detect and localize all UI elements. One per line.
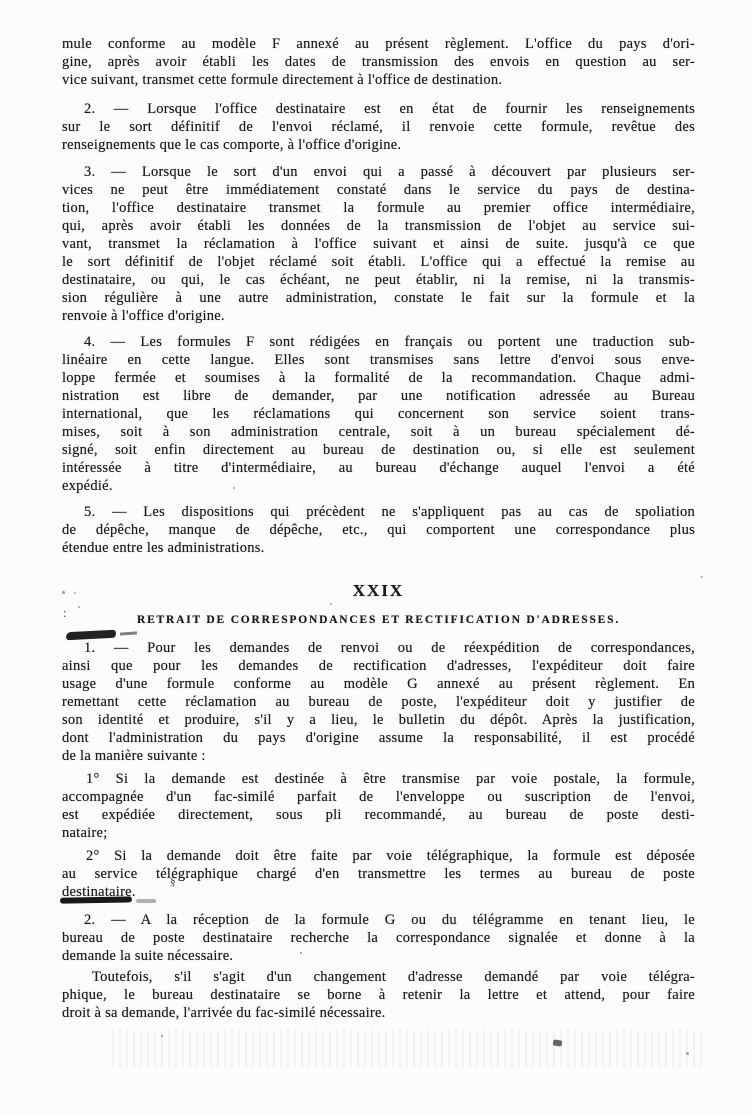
text-line: 1. — Pour les demandes de renvoi ou de r… — [62, 639, 695, 657]
text-line: nataire; — [62, 824, 695, 842]
text-line: étendue entre les administrations. — [62, 539, 695, 557]
text-line: nistration est libre de demander, par un… — [62, 387, 695, 405]
scanned-document-page: mule conforme au modèle F annexé au prés… — [0, 0, 752, 1115]
paragraph-2: 2. — Lorsque l'office destinataire est e… — [62, 100, 695, 154]
text-line: de la manière suivante : — [62, 747, 695, 765]
text-line: destinataire. — [62, 883, 695, 901]
text-column: mule conforme au modèle F annexé au prés… — [62, 35, 695, 1022]
ink-speck — [78, 606, 80, 608]
text-line: 2° Si la demande doit être faite par voi… — [62, 847, 695, 865]
margin-colon-mark: : — [63, 605, 67, 621]
text-line: vices ne peut être immédiatement constat… — [62, 181, 695, 199]
text-line: usage d'une formule conforme au modèle G… — [62, 675, 695, 693]
text-line: 2. — A la réception de la formule G ou d… — [62, 911, 695, 929]
paragraph-continuation: mule conforme au modèle F annexé au prés… — [62, 35, 695, 89]
paragraph-3: 3. — Lorsque le sort d'un envoi qui a pa… — [62, 163, 695, 325]
underline-ink-smudge — [60, 896, 132, 903]
item-1: 1° Si la demande est destinée à être tra… — [62, 770, 695, 842]
ink-speck — [300, 952, 302, 954]
chapter-number: XXIX — [62, 581, 695, 601]
text-line: 2. — Lorsque l'office destinataire est e… — [62, 100, 695, 118]
text-line: son identité et produire, s'il y a lieu,… — [62, 711, 695, 729]
text-line: 1° Si la demande est destinée à être tra… — [62, 770, 695, 788]
text-line: signé, soit enfin directement au bureau … — [62, 441, 695, 459]
text-line: droit à sa demande, l'arrivée du fac-sim… — [62, 1004, 695, 1022]
paragraph-4: 4. — Les formules F sont rédigées en fra… — [62, 333, 695, 495]
text-line: expédié. — [62, 477, 695, 495]
text-line: international, que les réclamations qui … — [62, 405, 695, 423]
text-line: Toutefois, s'il s'agit d'un changement d… — [62, 968, 695, 986]
text-line: intéressée à titre d'intermédiaire, au b… — [62, 459, 695, 477]
paragraph-toutefois: Toutefois, s'il s'agit d'un changement d… — [62, 968, 695, 1022]
text-line: renvoie à l'office d'origine. — [62, 307, 695, 325]
stray-paragraph-mark: § — [170, 877, 176, 888]
text-line: de dépêche, manque de dépêche, etc., qui… — [62, 521, 695, 539]
text-line: gine, après avoir établi les dates de tr… — [62, 53, 695, 71]
text-line: bureau de poste destinataire recherche l… — [62, 929, 695, 947]
text-line: 3. — Lorsque le sort d'un envoi qui a pa… — [62, 163, 695, 181]
text-line: sur le sort définitif de l'envoi réclamé… — [62, 118, 695, 136]
underline-ink-smudge-tail — [136, 899, 156, 903]
text-line: renseignements que le cas comporte, à l'… — [62, 136, 695, 154]
ink-speck — [233, 487, 235, 489]
text-line: dont l'administration du pays d'origine … — [62, 729, 695, 747]
ink-speck — [700, 576, 703, 578]
text-line: est expédiée directement, sous pli recom… — [62, 806, 695, 824]
scan-stripe-band — [112, 1030, 704, 1068]
chapter-title: RETRAIT DE CORRESPONDANCES ET RECTIFICAT… — [62, 613, 695, 627]
text-line: sion régulière à une autre administratio… — [62, 289, 695, 307]
text-line: linéaire en cette langue. Elles sont tra… — [62, 351, 695, 369]
text-line: qui, après avoir établi les données de l… — [62, 217, 695, 235]
text-line: mule conforme au modèle F annexé au prés… — [62, 35, 695, 53]
text-line: loppe fermée et soumises à la formalité … — [62, 369, 695, 387]
section-2: 2. — A la réception de la formule G ou d… — [62, 911, 695, 965]
paragraph-5: 5. — Les dispositions qui précèdent ne s… — [62, 503, 695, 557]
text-line: demande la suite nécessaire. — [62, 947, 695, 965]
text-line: le sort définitif de l'objet réclamé soi… — [62, 253, 695, 271]
text-line: phique, le bureau destinataire se borne … — [62, 986, 695, 1004]
text-line: accompagnée d'un fac-similé parfait de l… — [62, 788, 695, 806]
text-line: 5. — Les dispositions qui précèdent ne s… — [62, 503, 695, 521]
ink-speck — [330, 603, 332, 605]
text-line: destinataire, ou qui, le cas échéant, ne… — [62, 271, 695, 289]
text-line: au service télégraphique chargé d'en tra… — [62, 865, 695, 883]
section-1: 1. — Pour les demandes de renvoi ou de r… — [62, 639, 695, 765]
text-line: ainsi que pour les demandes de rectifica… — [62, 657, 695, 675]
ink-speck — [62, 591, 65, 594]
text-line: tion, l'office destinataire transmet la … — [62, 199, 695, 217]
text-line: vice suivant, transmet cette formule dir… — [62, 71, 695, 89]
text-line: remettant cette réclamation au bureau de… — [62, 693, 695, 711]
text-line: 4. — Les formules F sont rédigées en fra… — [62, 333, 695, 351]
text-line: mises, soit à son administration central… — [62, 423, 695, 441]
ink-speck — [74, 592, 76, 594]
item-2: 2° Si la demande doit être faite par voi… — [62, 847, 695, 901]
text-line: vant, transmet la réclamation à l'office… — [62, 235, 695, 253]
